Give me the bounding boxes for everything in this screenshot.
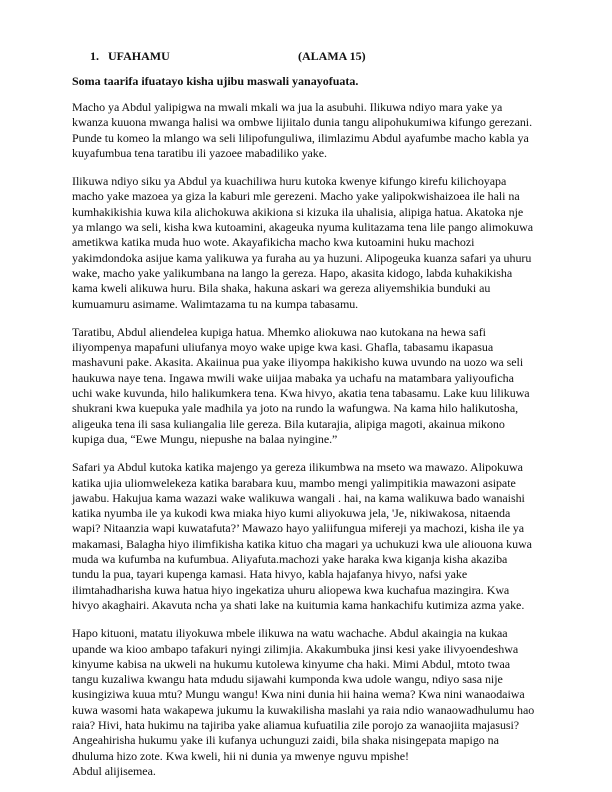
text-line: raia? Hivi, hata hukimu na tajiriba yake… [72, 718, 552, 733]
document-page: 1. UFAHAMU (ALAMA 15) Soma taarifa ifuat… [72, 49, 552, 779]
paragraph-3: Taratibu, Abdul aliendelea kupiga hatua.… [72, 325, 552, 447]
text-line: hivyo akaghairi. Akavuta ncha ya shati l… [72, 598, 552, 613]
paragraph-1: Macho ya Abdul yalipigwa na mwali mkali … [72, 100, 552, 161]
text-line: kuyafumbua tena taratibu ili yazoee maba… [72, 146, 552, 161]
text-line: makamasi, Balagha hiyo ilimfikisha katik… [72, 537, 552, 552]
text-line: uchi wake kuvunda, hilo halikumkera tena… [72, 386, 552, 401]
text-line: Taratibu, Abdul aliendelea kupiga hatua.… [72, 325, 552, 340]
text-line: kumuamuru asimame. Walimtazama tu na kum… [72, 297, 552, 312]
text-line: tundu la pua, tayari kupenga kamasi. Hat… [72, 567, 552, 582]
text-line: kwanza kuuona mwanga halisi wa ombwe lij… [72, 115, 552, 130]
text-line: Ilikuwa ndiyo siku ya Abdul ya kuachiliw… [72, 174, 552, 189]
text-line: iliyompenya mapafuni uliufanya moyo wake… [72, 340, 552, 355]
text-line: mashavuni pake. Akasita. Akaiinua pua ya… [72, 355, 552, 370]
text-line: aligeuka tena ili sasa kuliangalia lile … [72, 417, 552, 432]
instruction-text: Soma taarifa ifuatayo kisha ujibu maswal… [72, 74, 552, 88]
text-line: kuwa wasomi hata wakapewa jukumu la kuwa… [72, 703, 552, 718]
text-line: Punde tu komeo la mlango wa seli lilipof… [72, 131, 552, 146]
text-line: tangu kuzaliwa kwangu hata mdudu sijawah… [72, 672, 552, 687]
text-line: haukuwa naye tena. Ingawa mwili wake uii… [72, 371, 552, 386]
paragraph-2: Ilikuwa ndiyo siku ya Abdul ya kuachiliw… [72, 174, 552, 312]
text-line: ilimtahadharisha kuwa hatua hiyo ingekat… [72, 583, 552, 598]
text-line: kinyume kabisa na ukweli na hukumu kutol… [72, 657, 552, 672]
text-line: macho yake mazoea ya giza la kaburi mle … [72, 189, 552, 204]
text-line: kama kweli alikuwa huru. Bila shaka, hak… [72, 281, 552, 296]
section-marks: (ALAMA 15) [298, 49, 366, 63]
text-line: ya mlango wa seli, kisha kwa kutoamini, … [72, 220, 552, 235]
paragraph-5: Hapo kituoni, matatu iliyokuwa mbele ili… [72, 626, 552, 779]
text-line: Macho ya Abdul yalipigwa na mwali mkali … [72, 100, 552, 115]
text-line: jawabu. Hakujua kama wazazi wake walikuw… [72, 491, 552, 506]
text-line: Angeahirisha hukumu yake ili kufanya uch… [72, 733, 552, 748]
section-heading: 1. UFAHAMU (ALAMA 15) [72, 49, 552, 63]
text-line: ametikwa katika muda huo wote. Akayafiki… [72, 235, 552, 250]
text-line: Hapo kituoni, matatu iliyokuwa mbele ili… [72, 626, 552, 641]
text-line: kupiga dua, “Ewe Mungu, niepushe na bala… [72, 432, 552, 447]
text-line: dhuluma hizo zote. Kwa kweli, hii ni dun… [72, 749, 552, 764]
text-line: yakimdondoka asijue kama yalikuwa ya fur… [72, 251, 552, 266]
text-line: upande wa kioo ambapo tafakuri nyingi zi… [72, 642, 552, 657]
paragraph-4: Safari ya Abdul kutoka katika majengo ya… [72, 460, 552, 613]
text-line: Abdul alijisemea. [72, 764, 552, 779]
text-line: muda wa kufumba na kufumbua. Aliyafuta.m… [72, 552, 552, 567]
section-number: 1. [90, 49, 99, 63]
text-line: kumhakikishia kuwa kila alichokuwa akiki… [72, 205, 552, 220]
text-line: Safari ya Abdul kutoka katika majengo ya… [72, 460, 552, 475]
text-line: katika ujia uliomwelekeza katika barabar… [72, 476, 552, 491]
text-line: shukrani kwa kuepuka yale madhila ya jot… [72, 401, 552, 416]
text-line: wapi? Nitaanzia wapi kuwatafuta?’ Mawazo… [72, 521, 552, 536]
section-title: UFAHAMU [108, 49, 170, 63]
text-line: kusingiziwa kuua mtu? Mungu wangu! Kwa n… [72, 687, 552, 702]
text-line: wake, macho yake yalikumbana na lango la… [72, 266, 552, 281]
text-line: katika nyumba ile ya kukodi kwa miaka hi… [72, 506, 552, 521]
